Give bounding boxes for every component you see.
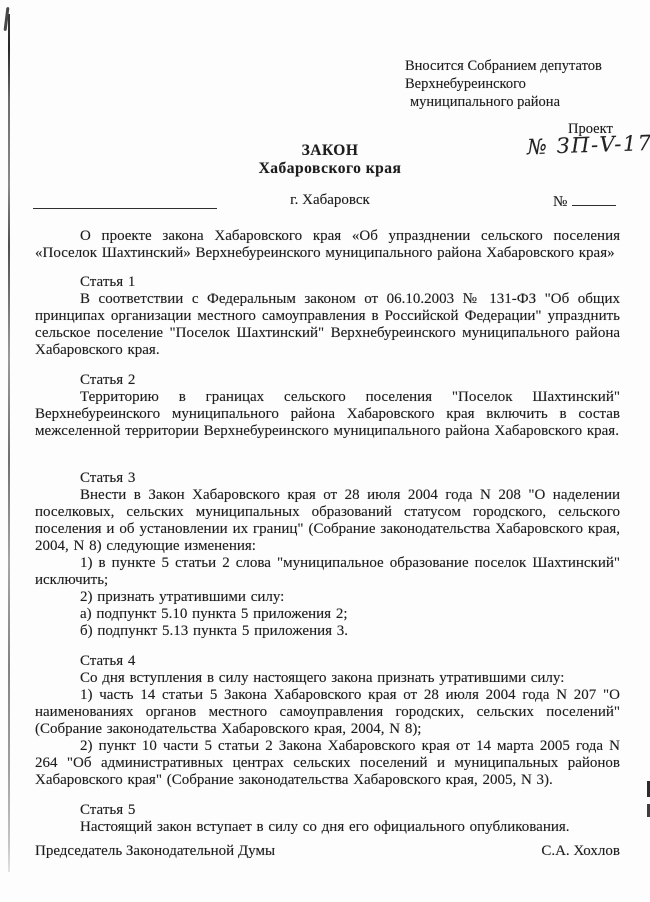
document-subject: О проекте закона Хабаровского края «Об у… <box>35 228 620 262</box>
article-paragraph: Со дня вступления в силу настоящего зако… <box>35 670 620 687</box>
article-paragraph: а) подпункт 5.10 пункта 5 приложения 2; <box>35 606 620 623</box>
submitted-by-block: Вносится Собранием депутатов Верхнебуреи… <box>405 57 602 111</box>
law-title-line1: ЗАКОН <box>0 142 650 160</box>
article-paragraph: Внести в Закон Хабаровского края от 28 и… <box>35 487 620 555</box>
number-blank-line <box>572 192 616 206</box>
submitted-by-line: муниципального района <box>405 93 602 111</box>
article-heading: Статья 2 <box>35 372 620 389</box>
signature-row: Председатель Законодательной Думы С.А. Х… <box>35 843 620 860</box>
number-label: № <box>553 194 567 210</box>
article-paragraph: 2) признать утратившими силу: <box>35 589 620 606</box>
signature-name: С.А. Хохлов <box>541 843 620 860</box>
signature-position: Председатель Законодательной Думы <box>35 843 275 860</box>
article-5: Статья 5 Настоящий закон вступает в силу… <box>35 802 620 836</box>
article-heading: Статья 1 <box>35 274 620 291</box>
article-1: Статья 1 В соответствии с Федеральным за… <box>35 274 620 359</box>
article-paragraph: Настоящий закон вступает в силу со дня е… <box>35 819 620 836</box>
article-paragraph: б) подпункт 5.13 пункта 5 приложения 3. <box>35 623 620 640</box>
document-number-field: № <box>553 192 616 211</box>
article-4: Статья 4 Со дня вступления в силу настоя… <box>35 653 620 789</box>
article-heading: Статья 3 <box>35 470 620 487</box>
article-3: Статья 3 Внести в Закон Хабаровского кра… <box>35 470 620 640</box>
place-and-number-row: г. Хабаровск № <box>0 192 650 214</box>
law-title: ЗАКОН Хабаровского края <box>0 142 650 178</box>
submitted-by-line: Верхнебуреинского <box>405 75 602 93</box>
submitted-by-line: Вносится Собранием депутатов <box>405 57 602 75</box>
article-paragraph: Территорию в границах сельского поселени… <box>35 389 620 440</box>
article-heading: Статья 4 <box>35 653 620 670</box>
article-heading: Статья 5 <box>35 802 620 819</box>
article-paragraph: 1) в пункте 5 статьи 2 слова "муниципаль… <box>35 555 620 589</box>
article-paragraph: 2) пункт 10 части 5 статьи 2 Закона Хаба… <box>35 738 620 789</box>
article-2: Статья 2 Территорию в границах сельского… <box>35 372 620 440</box>
scanned-document-page: Вносится Собранием депутатов Верхнебуреи… <box>0 0 650 902</box>
article-paragraph: 1) часть 14 статьи 5 Закона Хабаровского… <box>35 687 620 738</box>
article-paragraph: В соответствии с Федеральным законом от … <box>35 291 620 359</box>
law-title-line2: Хабаровского края <box>0 160 650 178</box>
